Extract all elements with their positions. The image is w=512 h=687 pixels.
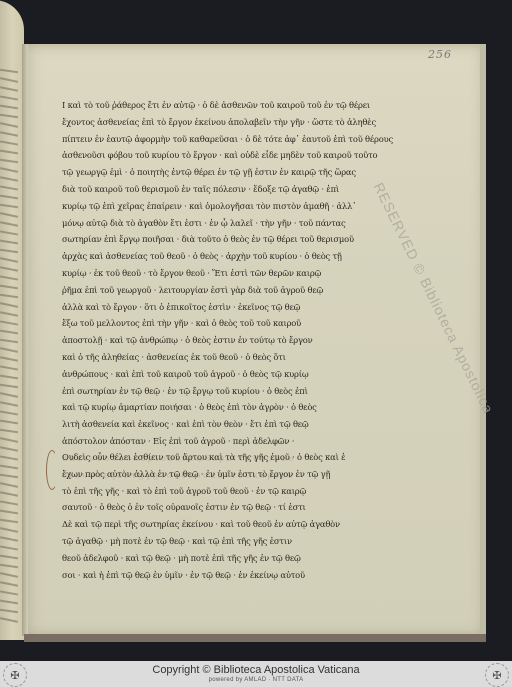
facing-page-text [0,401,18,406]
manuscript-line: κυρίῳ τῷ ἐπὶ χεῖρας ἐπαίρειν · καὶ ὁμολο… [62,201,402,212]
facing-page-text [0,339,18,343]
footer: ✠ Copyright © Biblioteca Apostolica Vati… [0,661,512,687]
manuscript-line: ἐπὶ σωτηρίαν ἐν τῷ θεῷ · ἐν τῷ ἔργῳ τοῦ … [62,386,402,397]
manuscript-line: καὶ τῷ κυρίῳ ἀμαρτίαν ποιήσαι · ὁ θεὸς ἐ… [62,402,402,413]
facing-page-text [0,519,18,523]
facing-page-text [0,446,18,451]
vatican-seal-icon: ✠ [485,663,509,687]
facing-page-text [0,176,18,181]
facing-page-text [0,617,18,623]
facing-page-text [0,491,18,496]
facing-page-text [0,86,18,91]
facing-page-text [0,482,18,488]
manuscript-line: καὶ ὁ τῆς ἀληθείας · ἀσθενείας ἐκ τοῦ θε… [62,352,402,363]
facing-page-text [0,527,18,533]
copyright-text: Copyright © Biblioteca Apostolica Vatica… [0,664,512,676]
manuscript-line: σωτηρίαν ἐπὶ ἔργῳ ποιῆσαι · διὰ τοῦτο ὁ … [62,234,402,245]
facing-page-text [0,150,18,155]
manuscript-line: λιτὴ ἀσθενεία καὶ ἐκεῖνος · καὶ ἐπὶ τὸν … [62,419,402,430]
facing-page-text [0,384,18,388]
manuscript-line: ἀποστολῇ · καὶ τῷ ἀνθρώπῳ · ὁ θεὸς ἐστιν… [62,335,402,346]
facing-page-text [0,311,18,316]
manuscript-line: σοι · καὶ ἡ ἐπὶ τῷ θεῷ ἐν ὑμῖν · ἐν τῷ θ… [62,570,414,581]
manuscript-line: κυρίῳ · ἐκ τοῦ θεοῦ · τὸ ἔργον θεοῦ · Ἔτ… [62,268,402,279]
facing-page-text [0,437,18,443]
manuscript-line: ῥῆμα ἐπὶ τοῦ γεωργοῦ · λειτουργίαν ἐστὶ … [62,285,402,296]
gutter-shadow [22,44,28,636]
manuscript-line: σαυτοῦ · ὁ θεὸς ὁ ἐν τοῖς οὐρανοῖς ἐστιν… [62,502,414,513]
facing-page-text [0,474,18,478]
powered-by-text: powered by AMLAD · NTT DATA [0,677,512,683]
facing-page-text [0,167,18,173]
facing-page-text [0,294,18,298]
facing-page-text [0,122,18,128]
facing-page-text [0,221,18,226]
facing-page-text [0,185,18,190]
facing-page-text [0,375,18,380]
facing-page-text [0,195,18,200]
manuscript-line: ἔχοντος ἀσθενείας ἐπὶ τὸ ἔργον ἐκείνου ἀ… [62,117,402,128]
manuscript-line: ἔξω τοῦ μελλοντος ἐπὶ τὴν γῆν · καὶ ὁ θε… [62,318,402,329]
manuscript-line: τῷ ἀγαθῷ · μὴ ποτὲ ἐν τῷ θεῷ · καὶ τῷ ἐπ… [62,536,414,547]
facing-page-text [0,249,18,253]
facing-page-text [0,455,18,460]
facing-page-text [0,330,18,335]
facing-page-text [0,347,18,353]
facing-page-text [0,131,18,136]
facing-page-text [0,266,18,271]
facing-page-text [0,114,18,118]
manuscript-line: Ουδεὶς οὖν θέλει ἐσθίειν τοῦ ἄρτου καὶ τ… [62,452,414,463]
manuscript-line: Δὲ καὶ τῷ περὶ τῆς σωτηρίας ἐκείνου · κα… [62,519,414,530]
facing-page-text [0,581,18,586]
facing-page-text [0,105,18,110]
facing-page-text [0,465,18,470]
facing-page-edge [0,0,24,640]
manuscript-line: τὸ ἐπὶ τῆς γῆς · καὶ τὸ ἐπὶ τοῦ ἀγροῦ το… [62,486,414,497]
second-text-block: Ουδεὶς οὖν θέλει ἐσθίειν τοῦ ἄρτου καὶ τ… [62,452,414,586]
facing-page-text [0,510,18,515]
facing-page-text [0,212,18,218]
facing-page-text [0,230,18,235]
main-text-block: Ι καὶ τὸ τοῦ ῥάθερος ἔτι ἐν αὐτῷ · ὁ δὲ … [62,100,402,486]
manuscript-viewer[interactable]: 256 Ι καὶ τὸ τοῦ ῥάθερος ἔτι ἐν αὐτῷ · ὁ… [0,0,512,661]
folio-number: 256 [428,48,452,61]
manuscript-line: τῷ γεωργῷ ἐμὶ · ὁ ποιητὴς ἐντῷ θέρει ἐν … [62,167,402,178]
manuscript-line: θεοῦ ἀδελφοῦ · καὶ τῷ θεῷ · μὴ ποτὲ ἐπὶ … [62,553,414,564]
manuscript-line: ἀνθρώπους · καὶ ἐπὶ τοῦ καιροῦ τοῦ ἀγροῦ… [62,369,402,380]
manuscript-line: διὰ τοῦ καιροῦ τοῦ θερισμοῦ ἐν ταῖς πόλε… [62,184,402,195]
facing-page-text [0,302,18,308]
folio-edge [480,44,486,636]
facing-page-text [0,77,18,83]
facing-page-text [0,356,18,361]
facing-page-text [0,420,18,425]
facing-page-text [0,95,18,100]
manuscript-line: πίπτειν ἐν ἑαυτῷ ἀφορμὴν τοῦ καθαρεῦσαι … [62,134,402,145]
facing-page-text [0,545,18,550]
facing-page-text [0,204,18,208]
facing-page-text [0,320,18,325]
manuscript-line: ἀσθενοῦσι φόβου τοῦ κυρίου τὸ ἔργον · κα… [62,150,402,161]
manuscript-line: ἀρχὰς καὶ ἀσθενείας τοῦ θεοῦ · ὁ θεὸς · … [62,251,402,262]
facing-page-text [0,69,18,73]
facing-page-text [0,572,18,578]
facing-page-text [0,555,18,560]
facing-page-text [0,600,18,605]
facing-page-text [0,365,18,370]
facing-page-text [0,609,18,613]
binding-edge [24,634,486,642]
facing-page-text [0,285,18,290]
facing-page-text [0,536,18,541]
facing-page-text [0,410,18,415]
facing-page-text [0,392,18,398]
manuscript-line: ἀπόστολον ἀπόσταν · Εἰς ἐπὶ τοῦ ἀγροῦ · … [62,436,402,447]
facing-page-text [0,240,18,245]
facing-page-text [0,564,18,568]
facing-page-text [0,275,18,280]
facing-page-text [0,590,18,595]
manuscript-line: Ι καὶ τὸ τοῦ ῥάθερος ἔτι ἐν αὐτῷ · ὁ δὲ … [62,100,402,111]
facing-page-text [0,257,18,263]
facing-page-text [0,140,18,145]
manuscript-line: ἀλλὰ καὶ τὸ ἔργον · ὅτι ὁ ἐπικοῖτος ἐστὶ… [62,302,402,313]
facing-page-text [0,500,18,505]
manuscript-line: μόνῳ αὐτῷ διὰ τὸ ἀγαθὸν ἔτι ἐστι · ἐν ᾧ … [62,218,402,229]
facing-page-text [0,159,18,163]
decorated-initial [46,450,58,490]
manuscript-line: ἔχων πρὸς αὐτὸν ἀλλὰ ἐν τῷ θεῷ · ἐν ὑμῖν… [62,469,414,480]
facing-page-text [0,429,18,433]
